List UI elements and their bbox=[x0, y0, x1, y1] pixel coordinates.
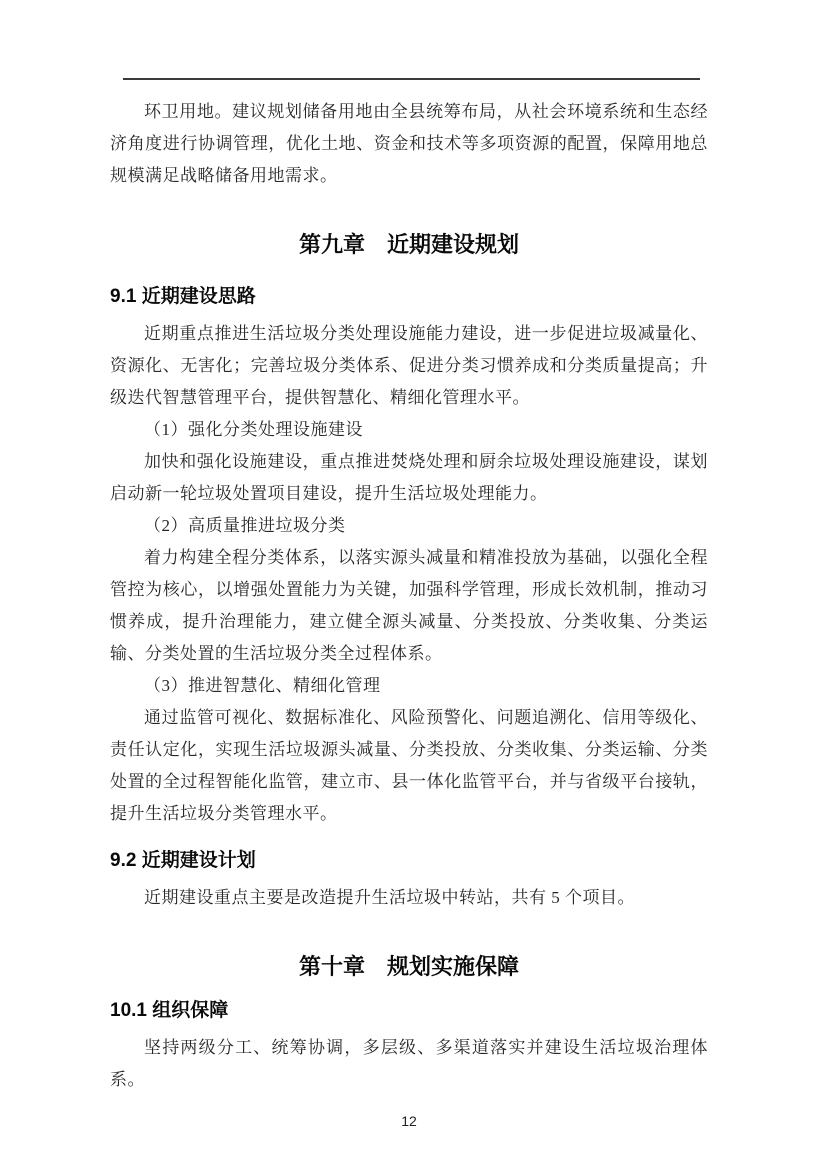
chapter-10-heading: 第十章 规划实施保障 bbox=[110, 951, 708, 983]
chapter-9-heading: 第九章 近期建设规划 bbox=[110, 229, 708, 261]
list-item-2-body: 着力构建全程分类体系，以落实源头减量和精准投放为基础，以强化全程管控为核心，以增… bbox=[110, 542, 708, 670]
list-item-3-heading: （3）推进智慧化、精细化管理 bbox=[110, 670, 708, 702]
list-item-1-heading: （1）强化分类处理设施建设 bbox=[110, 414, 708, 446]
section-10-1-heading: 10.1 组织保障 bbox=[110, 995, 708, 1027]
page-number: 12 bbox=[110, 1111, 708, 1131]
list-item-3-body: 通过监管可视化、数据标准化、风险预警化、问题追溯化、信用等级化、责任认定化，实现… bbox=[110, 702, 708, 830]
paragraph-intro: 环卫用地。建议规划储备用地由全县统筹布局，从社会环境系统和生态经济角度进行协调管… bbox=[110, 96, 708, 192]
section-9-2-heading: 9.2 近期建设计划 bbox=[110, 845, 708, 877]
section-9-1-heading: 9.1 近期建设思路 bbox=[110, 281, 708, 313]
list-item-1-body: 加快和强化设施建设，重点推进焚烧处理和厨余垃圾处理设施建设，谋划启动新一轮垃圾处… bbox=[110, 446, 708, 510]
paragraph-9-2-body: 近期建设重点主要是改造提升生活垃圾中转站，共有 5 个项目。 bbox=[110, 882, 708, 914]
paragraph-10-1-body: 坚持两级分工、统筹协调，多层级、多渠道落实并建设生活垃圾治理体系。 bbox=[110, 1032, 708, 1096]
paragraph-9-1-overview: 近期重点推进生活垃圾分类处理设施能力建设，进一步促进垃圾减量化、资源化、无害化；… bbox=[110, 318, 708, 414]
page-header-rule bbox=[123, 78, 700, 80]
list-item-2-heading: （2）高质量推进垃圾分类 bbox=[110, 510, 708, 542]
document-page: 环卫用地。建议规划储备用地由全县统筹布局，从社会环境系统和生态经济角度进行协调管… bbox=[0, 0, 826, 1169]
document-content: 环卫用地。建议规划储备用地由全县统筹布局，从社会环境系统和生态经济角度进行协调管… bbox=[110, 78, 708, 1131]
